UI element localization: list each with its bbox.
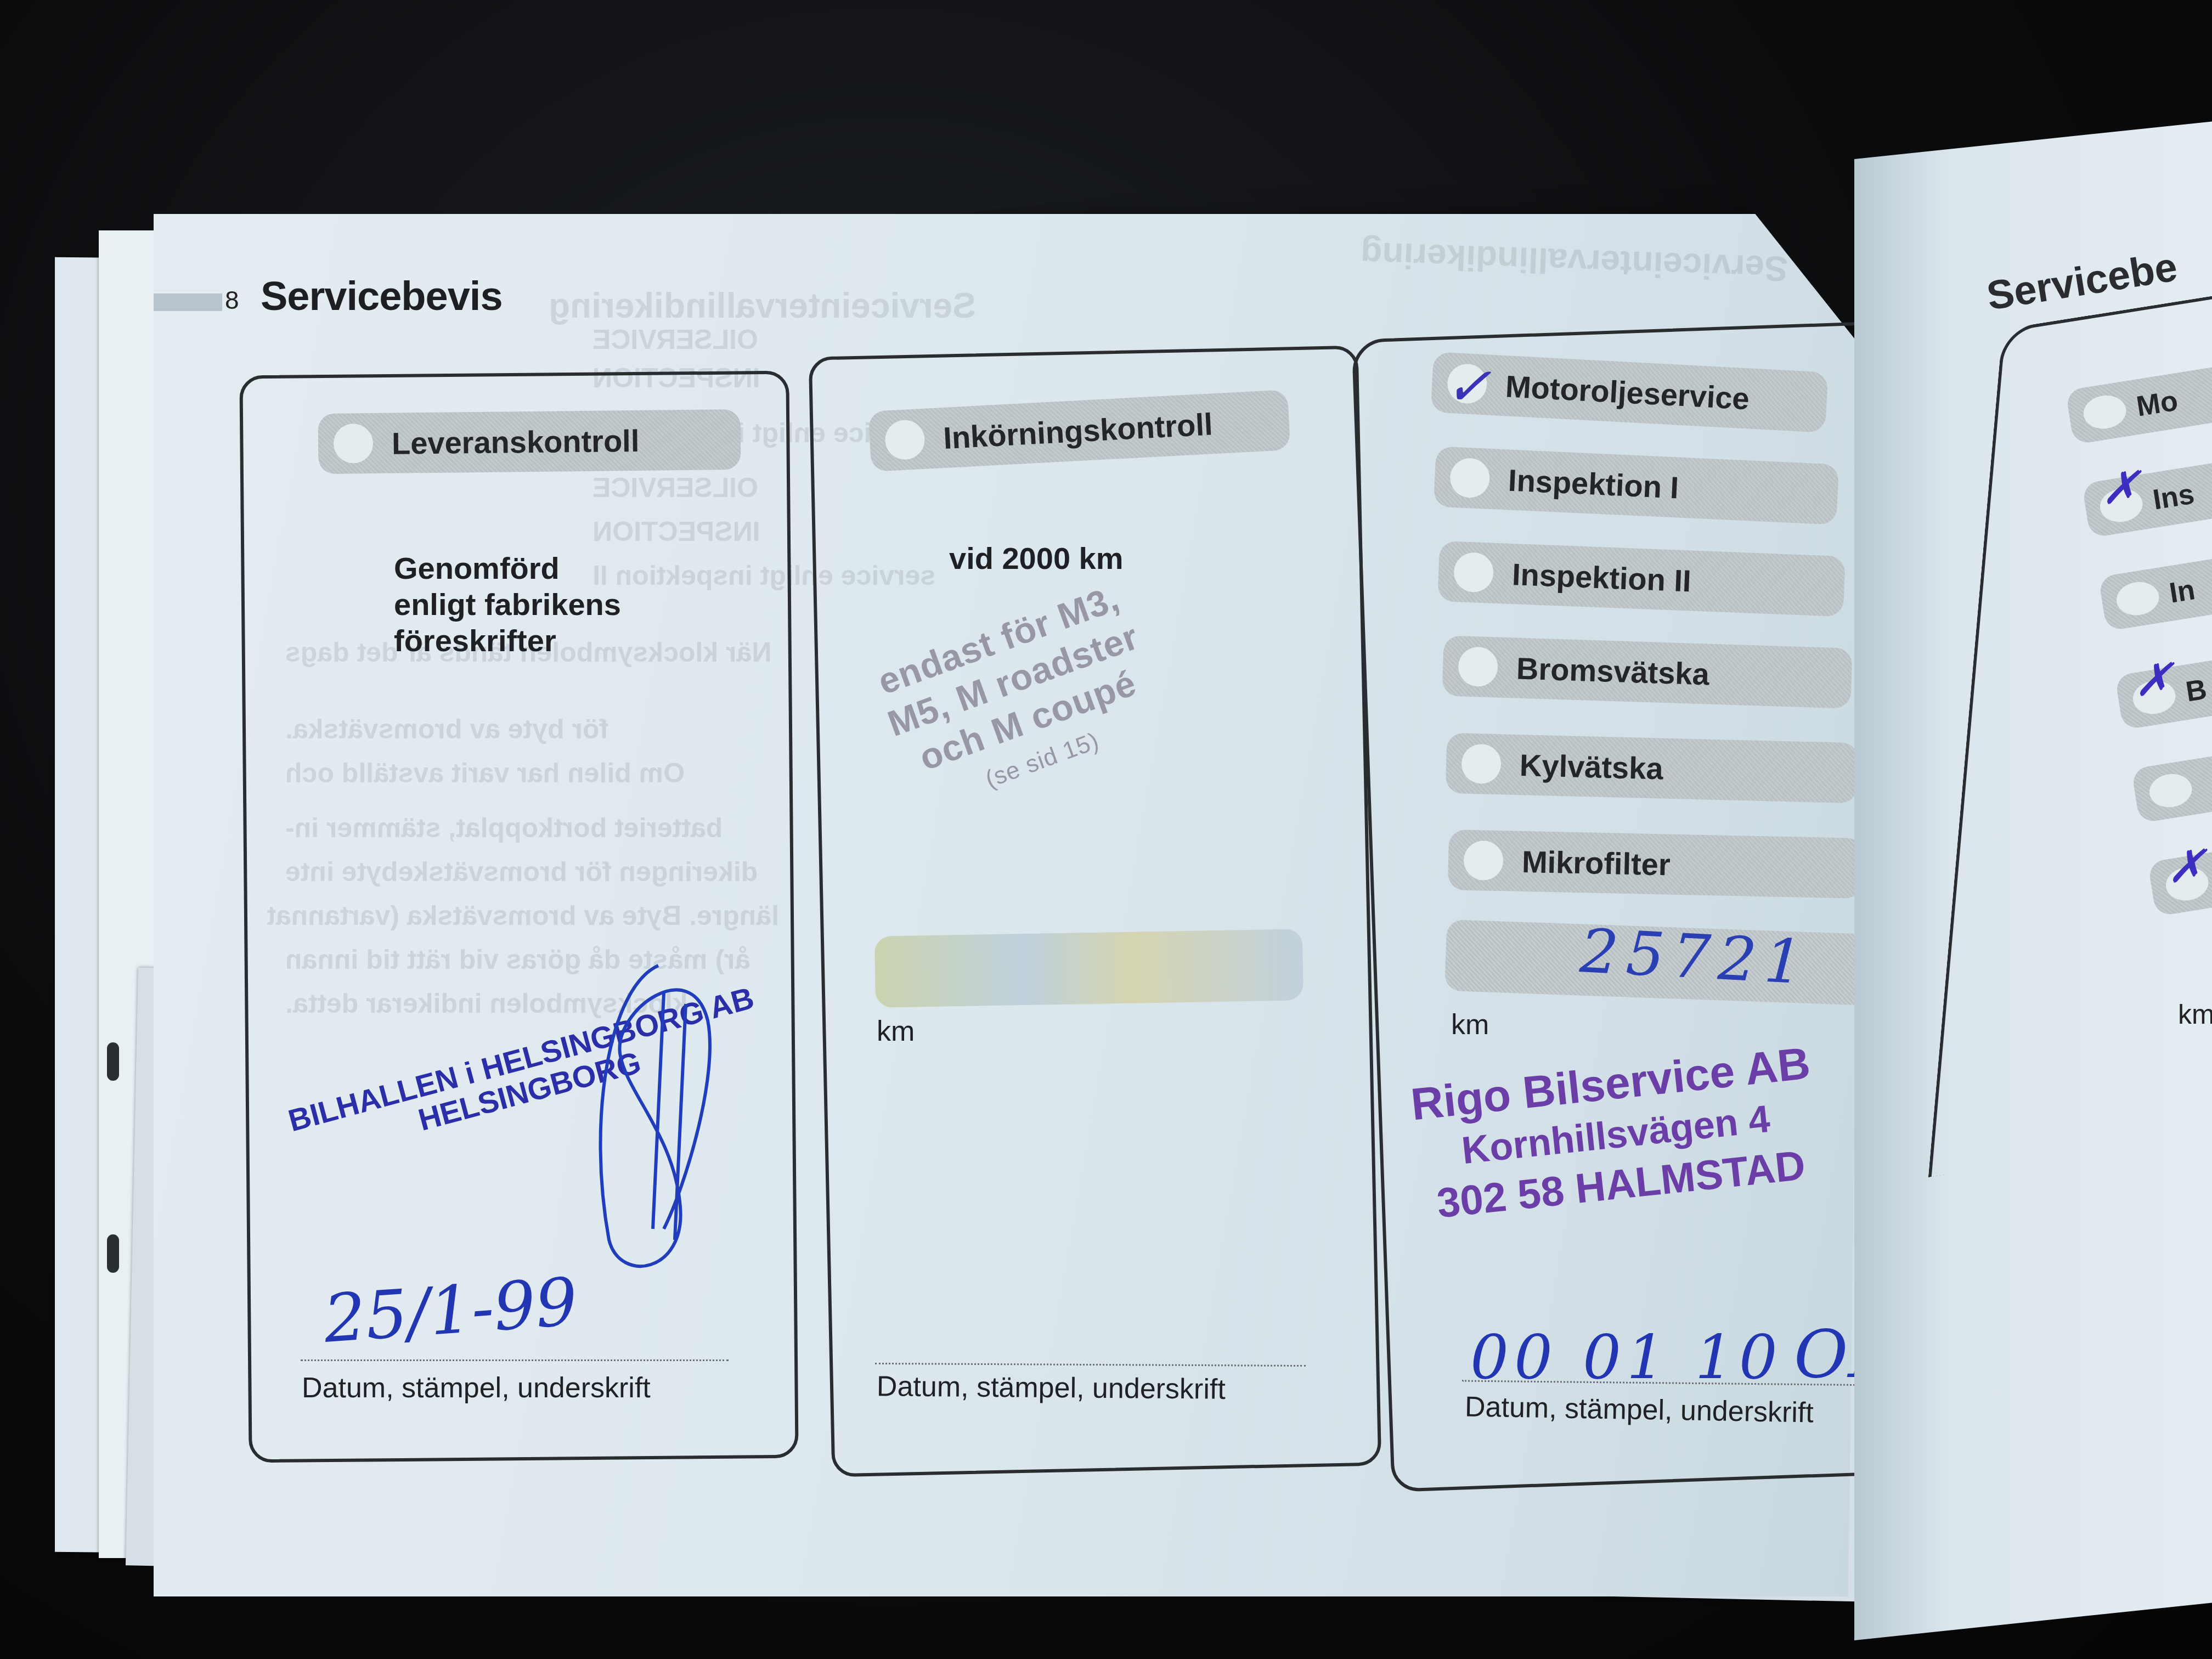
km-label: km [1451,1008,1489,1041]
service-card-inkorningskontroll [809,346,1382,1477]
option-label: Leveranskontroll [392,422,640,461]
option-label: Ins [2151,478,2197,517]
option-label: Inkörningskontroll [943,406,1214,456]
body-line: enligt fabrikens [394,586,621,623]
checkbox-circle[interactable] [2081,392,2128,431]
leveranskontroll-option[interactable]: Leveranskontroll [318,409,741,474]
page-title: Servicebevis [261,273,503,319]
checkbox-circle[interactable] [884,419,926,461]
handwritten-x-icon: ✗ [2101,461,2140,515]
signature-scribble [576,955,730,1284]
signature-label: Datum, stämpel, underskrift [877,1370,1226,1406]
km-field[interactable] [874,929,1304,1008]
service-option-3[interactable]: Bromsvätska [1442,635,1852,708]
binder-hole [107,1234,119,1273]
checkbox-circle[interactable] [1458,646,1498,687]
body-line: Genomförd [394,550,621,586]
checkbox-circle[interactable] [1453,552,1494,593]
option-label: Inspektion I [1508,462,1680,505]
checkbox-circle[interactable] [334,424,374,464]
handwritten-x-icon: ✗ [2167,839,2205,893]
checkbox-circle[interactable] [2147,771,2194,810]
option-label: Mo [2134,385,2180,424]
signature-label: Datum, stämpel, underskrift [1465,1390,1814,1429]
service-option-4[interactable]: Kylvätska [1446,733,1858,803]
header-accent-bar [154,294,222,311]
binder-hole [107,1042,119,1081]
signature-label: Datum, stämpel, underskrift [302,1372,651,1404]
delivery-check-text: Genomförd enligt fabrikens föreskrifter [394,550,621,659]
km-label: km [2178,998,2212,1030]
checkbox-circle[interactable] [1463,840,1503,881]
checkbox-checked[interactable]: ✓ [1447,363,1488,405]
option-label: B [2183,673,2209,708]
km-value-handwritten: 25721 [1578,916,1812,998]
option-label: In [2167,573,2197,610]
checkbox-circle[interactable] [2114,579,2161,618]
km-label: km [877,1015,915,1048]
signature-line [301,1359,729,1361]
body-line: föreskrifter [394,623,621,659]
option-label: Inspektion II [1511,556,1692,598]
option-label: Motoroljeservice [1505,368,1751,416]
mileage-requirement: vid 2000 km [949,540,1124,577]
handwritten-x-icon: ✗ [2134,653,2172,707]
handwritten-check-icon: ✓ [1443,353,1493,419]
service-option-5[interactable]: Mikrofilter [1448,830,1863,899]
option-label: Bromsvätska [1516,650,1710,692]
option-label: Mikrofilter [1521,843,1671,882]
checkbox-circle[interactable] [1461,744,1502,785]
option-label: Kylvätska [1519,747,1663,786]
page-number: 8 [225,285,239,315]
checkbox-circle[interactable] [1449,458,1491,499]
